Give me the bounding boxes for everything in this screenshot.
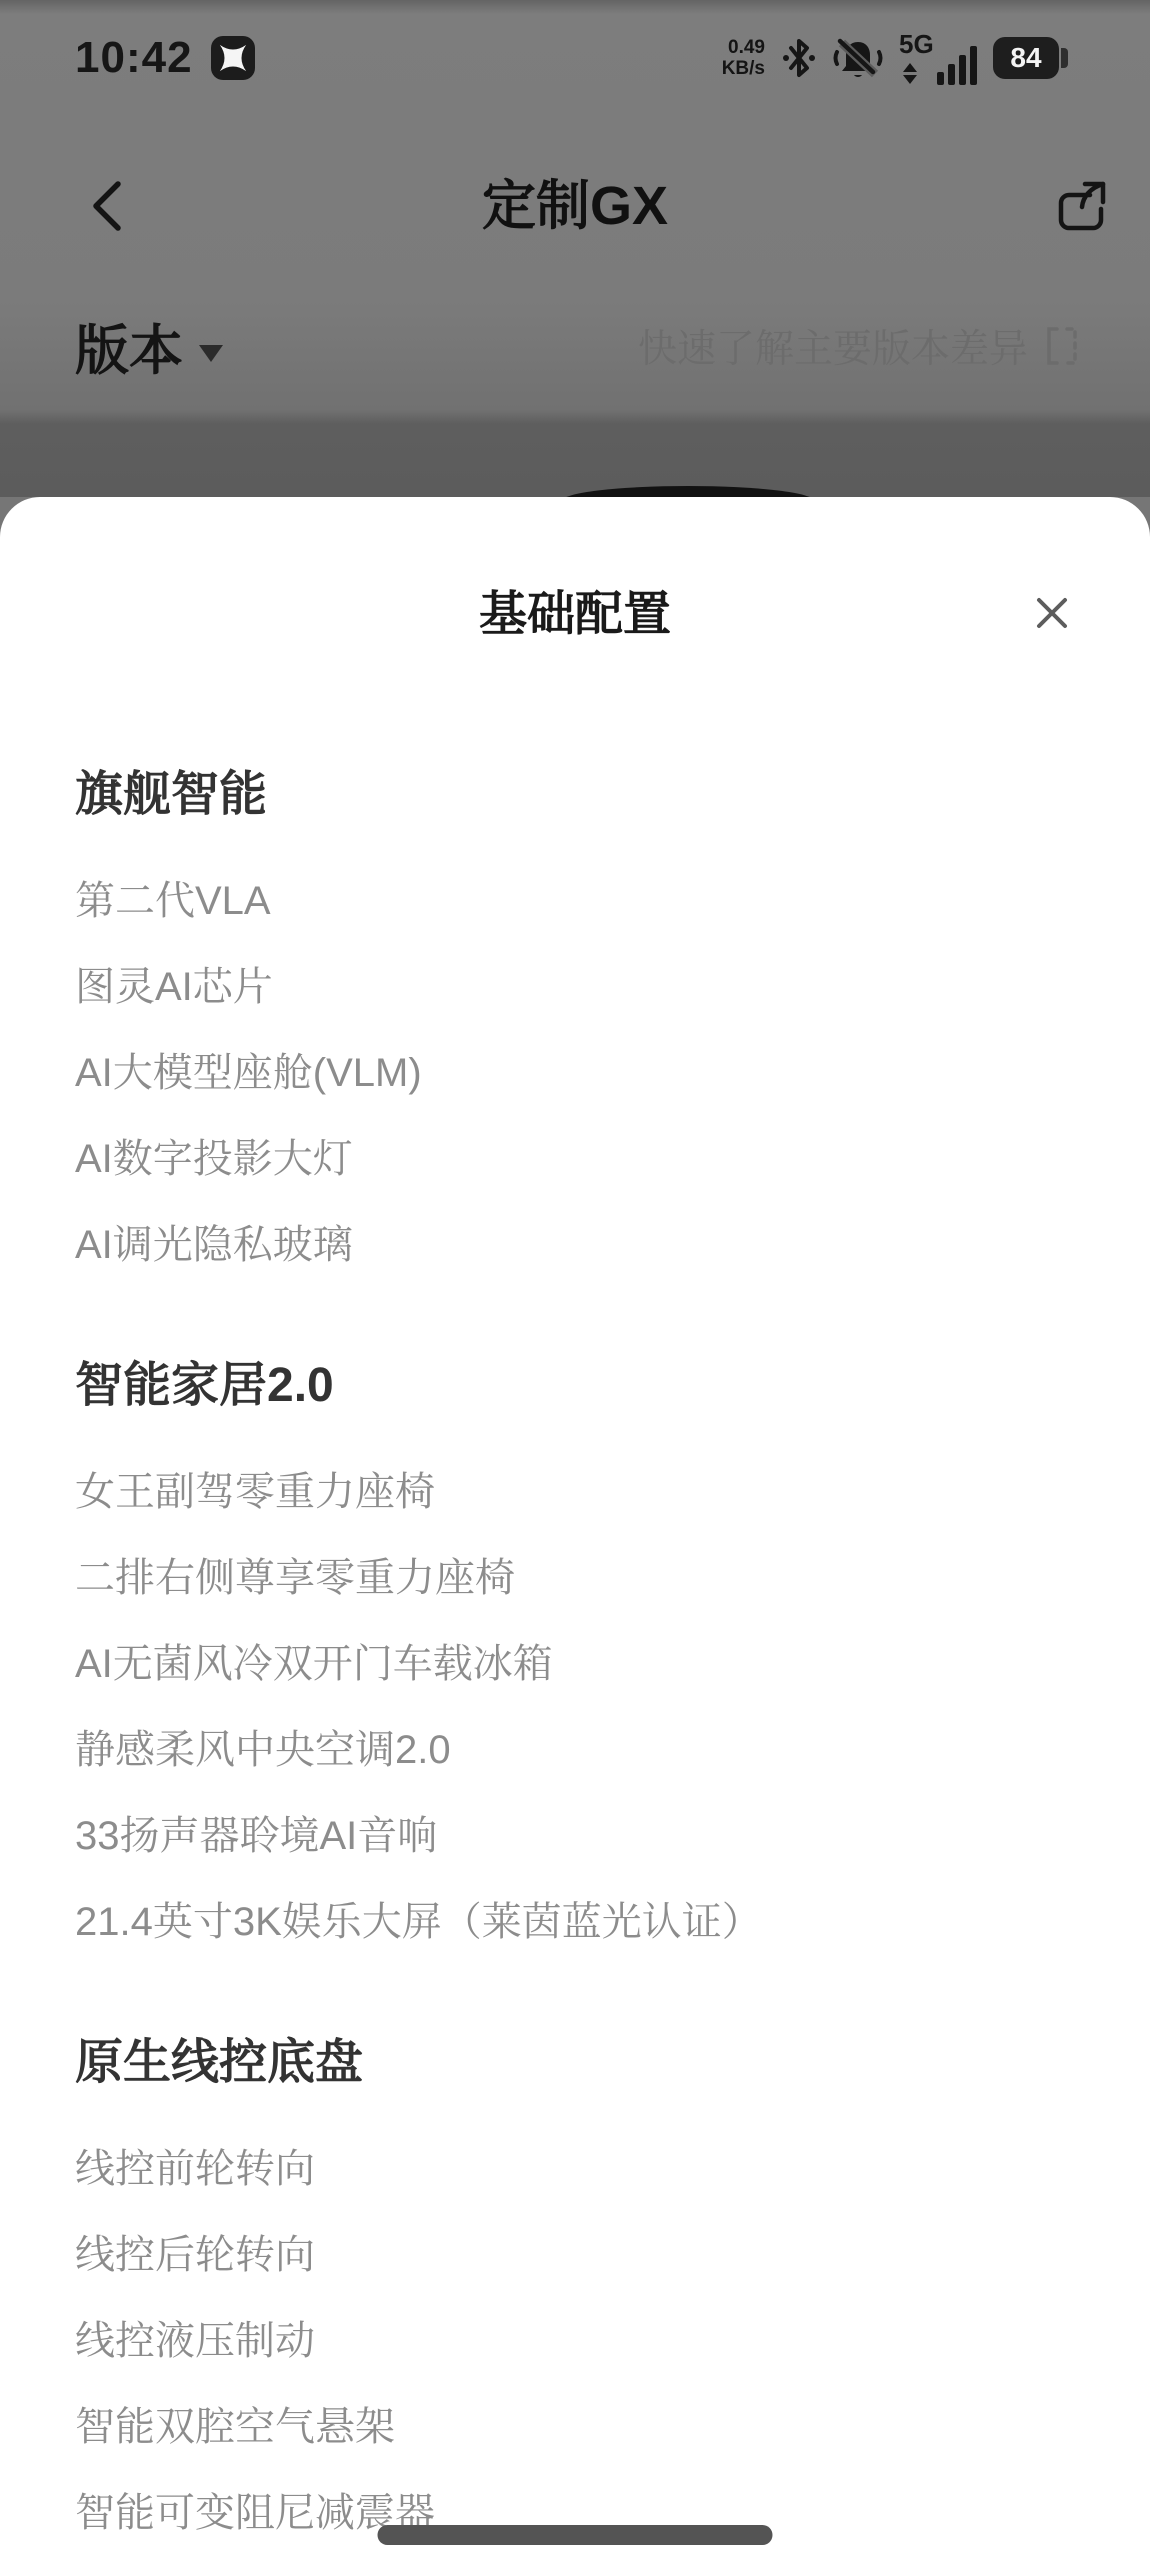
ringer-muted-icon	[833, 34, 883, 82]
status-bar: 10:42 0.49 KB/s	[75, 30, 1068, 86]
section-heading: 原生线控底盘	[75, 2033, 1075, 2093]
feature-item: 21.4英寸3K娱乐大屏（莱茵蓝光认证）	[75, 1879, 1075, 1965]
base-config-sheet: 基础配置 旗舰智能 第二代VLA 图灵AI芯片	[0, 497, 1150, 2559]
share-icon	[1052, 177, 1110, 235]
feature-item: 静感柔风中央空调2.0	[75, 1707, 1075, 1793]
feature-section: 旗舰智能 第二代VLA 图灵AI芯片 AI大模型座舱(VLM) AI数字投影大灯…	[75, 765, 1075, 1288]
feature-item: 智能双腔空气悬架	[75, 2384, 1075, 2470]
feature-list: 线控前轮转向 线控后轮转向 线控液压制动 智能双腔空气悬架 智能可变阻尼减震器	[75, 2126, 1075, 2556]
status-app-icon	[211, 36, 255, 80]
nav-bar: 定制GX	[0, 177, 1150, 235]
page-title: 定制GX	[0, 177, 1150, 235]
network-type-label: 5G	[899, 29, 934, 60]
feature-item: 线控后轮转向	[75, 2212, 1075, 2298]
bluetooth-icon	[781, 34, 817, 82]
clock: 10:42	[75, 33, 193, 83]
home-indicator[interactable]	[378, 2525, 773, 2545]
feature-item: AI无菌风冷双开门车载冰箱	[75, 1621, 1075, 1707]
close-button[interactable]	[1028, 589, 1076, 637]
version-dropdown[interactable]: 版本	[75, 308, 223, 385]
network-speed-unit: KB/s	[722, 58, 765, 79]
phone-screen: 10:42 0.49 KB/s	[0, 0, 1150, 2559]
battery-level: 84	[993, 37, 1059, 79]
share-button[interactable]	[1052, 177, 1110, 235]
feature-item: 线控前轮转向	[75, 2126, 1075, 2212]
section-heading: 旗舰智能	[75, 765, 1075, 825]
feature-list: 第二代VLA 图灵AI芯片 AI大模型座舱(VLM) AI数字投影大灯 AI调光…	[75, 858, 1075, 1288]
feature-item: 图灵AI芯片	[75, 944, 1075, 1030]
version-row: 版本 快速了解主要版本差异	[75, 316, 1082, 376]
version-label: 版本	[75, 308, 183, 385]
network-speed: 0.49 KB/s	[722, 37, 765, 79]
version-diff-text: 快速了解主要版本差异	[638, 318, 1028, 374]
data-activity-icon	[903, 63, 917, 84]
four-point-star-icon	[216, 41, 250, 75]
close-icon	[1028, 589, 1076, 637]
feature-item: 33扬声器聆境AI音响	[75, 1793, 1075, 1879]
battery-nub	[1061, 48, 1068, 68]
version-diff-link[interactable]: 快速了解主要版本差异	[638, 318, 1082, 374]
feature-item: 第二代VLA	[75, 858, 1075, 944]
feature-section: 原生线控底盘 线控前轮转向 线控后轮转向 线控液压制动 智能双腔空气悬架 智能可…	[75, 2033, 1075, 2556]
feature-section: 智能家居2.0 女王副驾零重力座椅 二排右侧尊享零重力座椅 AI无菌风冷双开门车…	[75, 1356, 1075, 1965]
sheet-header: 基础配置	[0, 497, 1150, 697]
feature-item: 二排右侧尊享零重力座椅	[75, 1535, 1075, 1621]
feature-item: 线控液压制动	[75, 2298, 1075, 2384]
feature-list: 女王副驾零重力座椅 二排右侧尊享零重力座椅 AI无菌风冷双开门车载冰箱 静感柔风…	[75, 1449, 1075, 1965]
dimmed-backdrop[interactable]: 10:42 0.49 KB/s	[0, 0, 1150, 497]
chevron-down-icon	[199, 345, 223, 362]
compare-icon	[1042, 324, 1082, 368]
section-heading: 智能家居2.0	[75, 1356, 1075, 1416]
cellular-signal: 5G	[899, 31, 977, 85]
sheet-title: 基础配置	[0, 585, 1150, 645]
network-speed-value: 0.49	[722, 37, 765, 58]
feature-item: AI调光隐私玻璃	[75, 1202, 1075, 1288]
battery-icon: 84	[993, 37, 1068, 79]
signal-bars-icon	[937, 46, 977, 85]
feature-item: AI大模型座舱(VLM)	[75, 1030, 1075, 1116]
feature-item: AI数字投影大灯	[75, 1116, 1075, 1202]
feature-sections: 旗舰智能 第二代VLA 图灵AI芯片 AI大模型座舱(VLM) AI数字投影大灯…	[0, 765, 1150, 2556]
feature-item: 女王副驾零重力座椅	[75, 1449, 1075, 1535]
